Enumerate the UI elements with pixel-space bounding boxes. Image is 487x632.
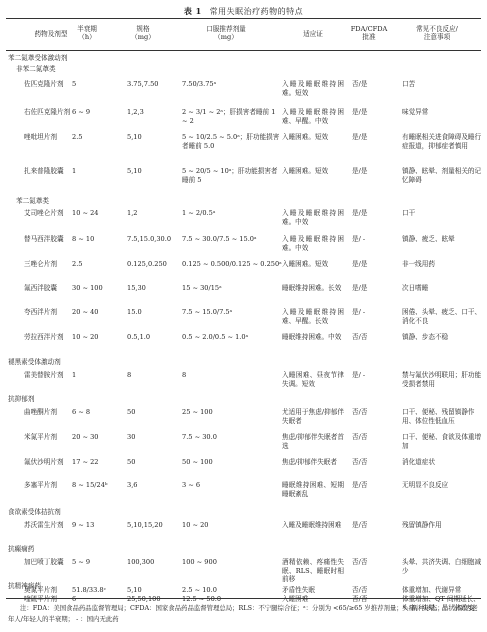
header-adverse: 常见不良反应/ 注意事项 (402, 25, 472, 41)
header-spec: 规格 （mg） (118, 25, 168, 41)
top-rule (6, 18, 481, 19)
bottom-rule (6, 598, 481, 599)
header-half-life: 半衰期 （h） (62, 25, 112, 41)
header-indication: 适应证 (288, 30, 338, 38)
table-footnote: 注：FDA：美国食品药品监督管理局；CFDA：国家食品药品监督管理总局；RLS：… (8, 603, 479, 625)
table-label: 表 1 (184, 6, 202, 16)
table-title: 表 1常用失眠治疗药物的特点 (0, 0, 487, 18)
table-header: 药物及剂型 半衰期 （h） 规格 （mg） 口服推荐剂量 （mg） 适应证 FD… (6, 22, 481, 50)
header-rule (6, 50, 481, 51)
header-dose: 口服推荐剂量 （mg） (181, 25, 271, 41)
table-caption: 常用失眠治疗药物的特点 (210, 7, 304, 16)
document-page: 表 1常用失眠治疗药物的特点 药物及剂型 半衰期 （h） 规格 （mg） 口服推… (0, 0, 487, 632)
header-approval: FDA/CFDA 批准 (344, 25, 394, 41)
